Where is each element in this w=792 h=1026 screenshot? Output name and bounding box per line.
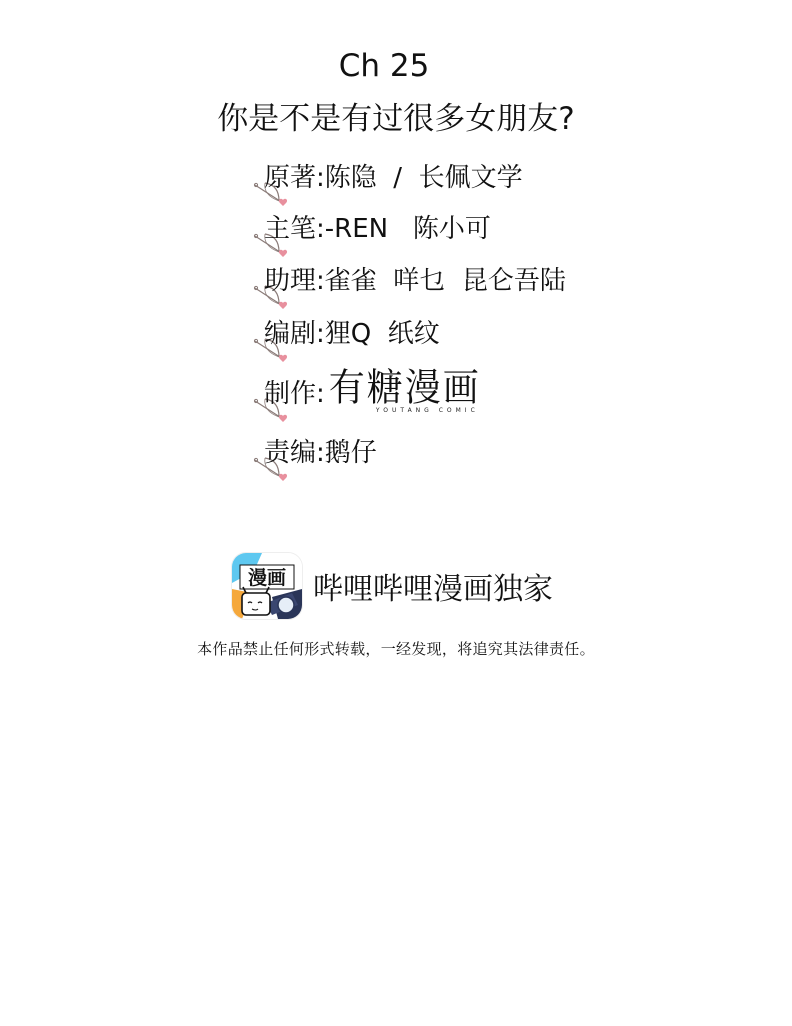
credit-value: 鹅仔 <box>325 432 377 469</box>
youtang-comic-logo: 有糖漫画 YOUTANG COMIC <box>329 369 481 414</box>
credit-label: 责编: <box>264 432 325 469</box>
credit-label: 制作: <box>264 373 325 410</box>
credit-row-screenwriter: 编剧: 狸Q 纸纹 <box>222 311 440 351</box>
chapter-number: Ch 25 <box>0 48 792 84</box>
credit-row-original-author: 原著: 陈隐 / 长佩文学 <box>222 155 523 195</box>
platform-exclusive-banner: 漫画 哔哩哔哩漫画独家 <box>232 553 553 619</box>
bilibili-comics-app-icon: 漫画 <box>232 553 302 619</box>
credit-value: 陈隐 / 长佩文学 <box>325 157 523 194</box>
credit-label: 编剧: <box>264 313 325 350</box>
app-icon-text: 漫画 <box>248 566 286 589</box>
credit-value: 雀雀 咩乜 昆仑吾陆 <box>325 260 566 297</box>
credit-label: 主笔: <box>264 208 325 245</box>
cupid-bow-heart-icon <box>222 316 260 346</box>
cupid-bow-heart-icon <box>222 211 260 241</box>
cupid-bow-heart-icon <box>222 263 260 293</box>
credit-row-editor: 责编: 鹅仔 <box>222 430 377 470</box>
credit-label: 原著: <box>264 157 325 194</box>
credit-value: -REN 陈小可 <box>325 208 491 245</box>
chapter-title: 你是不是有过很多女朋友? <box>0 93 792 138</box>
cupid-bow-heart-icon <box>222 376 260 406</box>
cupid-bow-heart-icon <box>222 160 260 190</box>
youtang-logo-text: 有糖漫画 <box>329 368 481 410</box>
chapter-number-text: Ch 25 <box>339 48 430 84</box>
credit-row-assistants: 助理: 雀雀 咩乜 昆仑吾陆 <box>222 258 566 298</box>
cupid-bow-heart-icon <box>222 435 260 465</box>
credit-row-production: 制作: 有糖漫画 YOUTANG COMIC <box>222 368 481 414</box>
credit-label: 助理: <box>264 260 325 297</box>
exclusive-text: 哔哩哔哩漫画独家 <box>313 564 553 608</box>
copyright-notice: 本作品禁止任何形式转载，一经发现，将追究其法律责任。 <box>0 638 792 659</box>
credit-value: 狸Q 纸纹 <box>325 313 440 350</box>
credit-row-lead-artist: 主笔: -REN 陈小可 <box>222 206 491 246</box>
